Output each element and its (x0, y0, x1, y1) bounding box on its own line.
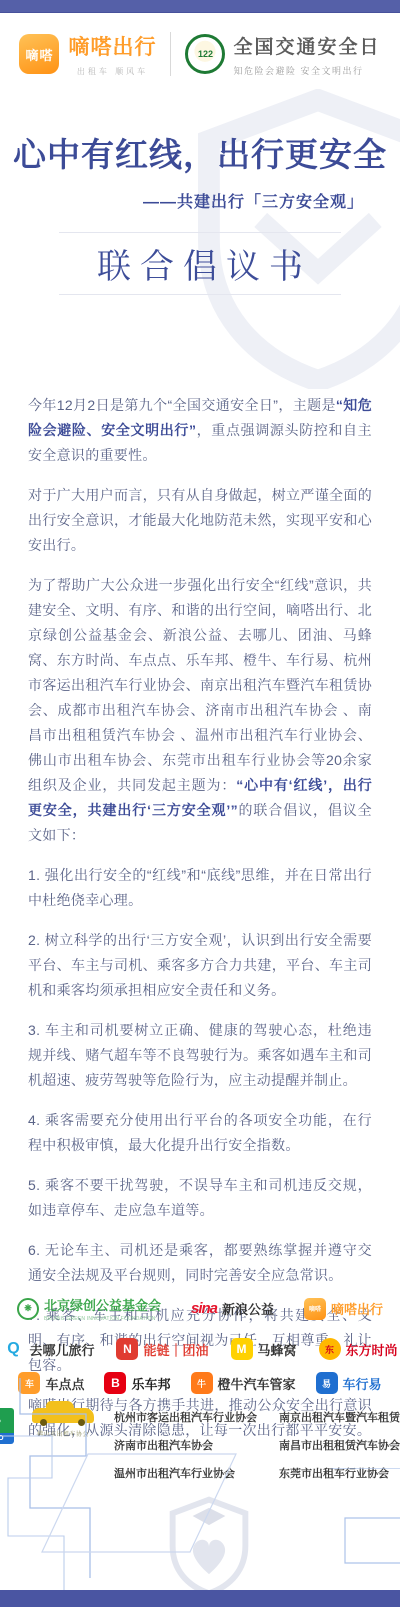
top-accent-bar (0, 0, 400, 13)
partner-dongfang-shishang: 东东方时尚 (319, 1338, 398, 1360)
beijing-green-foundation-icon: ❋ (17, 1298, 39, 1320)
joint-initiative-poster: 嘀嗒 嘀嗒出行 出租车 顺风车 122 全国交通安全日 知危险会避险 安全文明出… (0, 0, 400, 1607)
tree-icon: ♣ (0, 1408, 14, 1433)
sina-gongyi-icon: sina (191, 1298, 217, 1320)
chengniu-car-butler-icon: 牛 (191, 1372, 213, 1394)
association-name: 济南市出租汽车协会 (114, 1437, 257, 1453)
dida-chuxing-icon: 嘀嗒 (304, 1298, 326, 1320)
association-name: 南京出租汽车暨汽车租赁协会 (279, 1409, 400, 1425)
partner-row-1: ❋北京绿创公益基金会BEIJING GREEN INNOVATION FOUND… (0, 1295, 400, 1322)
nenglian-tuanyou-label: 能链｜团油 (143, 1340, 208, 1359)
partner-chexingyi: 易车行易 (316, 1372, 382, 1394)
chediandian-label: 车点点 (45, 1374, 84, 1393)
safety-day-title: 全国交通安全日 (233, 32, 380, 59)
association-name: 杭州市客运出租汽车行业协会 (114, 1409, 257, 1425)
lechebang-icon: B (104, 1372, 126, 1394)
body-paragraph: 6. 无论车主、司机还是乘客，都要熟练掌握并遵守交通安全法规及平台规则，同时完善… (28, 1238, 372, 1288)
partner-chediandian: 车车点点 (18, 1372, 84, 1394)
sina-gongyi-label: 新浪公益 (222, 1299, 274, 1318)
chexingyi-label: 车行易 (343, 1374, 382, 1393)
qunar-travel-label: 去哪儿旅行 (29, 1340, 94, 1359)
heart-shield-icon (163, 1496, 255, 1596)
divider-bottom (59, 294, 341, 295)
taxi-icon (32, 1408, 94, 1423)
chexingyi-icon: 易 (316, 1372, 338, 1394)
body-paragraph: 为了帮助广大公众进一步强化出行安全“红线”意识，共建安全、文明、有序、和谐的出行… (28, 573, 372, 848)
safety-day-tagline: 知危险会避险 安全文明出行 (233, 64, 380, 77)
partner-qunar-travel: Q去哪儿旅行 (2, 1338, 94, 1360)
partner-dida-chuxing: 嘀嗒嘀嗒出行 (304, 1298, 383, 1320)
qunar-travel-icon: Q (2, 1338, 24, 1360)
association-name: 南昌市出租租赁汽车协会 (279, 1437, 400, 1453)
body-paragraph: 3. 车主和司机要树立正确、健康的驾驶心态，杜绝违规并线、赌气超车等不良驾驶行为… (28, 1018, 372, 1093)
divider-top (59, 232, 341, 233)
body-paragraph: 2. 树立科学的出行‘三方安全观’，认识到出行安全需要平台、车主与司机、乘客多方… (28, 928, 372, 1003)
hero-section: 心中有红线，出行更安全 ——共建出行「三方安全观」 联合倡议书 (0, 95, 400, 295)
dida-brand-block: 嘀嗒 嘀嗒出行 出租车 顺风车 (19, 31, 156, 77)
nenglian-tuanyou-icon: N (116, 1338, 138, 1360)
chengniu-car-butler-label: 橙牛汽车管家 (218, 1374, 296, 1393)
safety-badge-text: 122 (198, 49, 213, 59)
dongfang-shishang-icon: 东 (319, 1338, 341, 1360)
partner-nenglian-tuanyou: N能链｜团油 (116, 1338, 208, 1360)
partner-chengniu-car-butler: 牛橙牛汽车管家 (191, 1372, 296, 1394)
partner-lechebang: B乐车邦 (104, 1372, 170, 1394)
lechebang-label: 乐车邦 (131, 1374, 170, 1393)
chengdu-logo-letters: C D (0, 1433, 14, 1444)
header-divider (170, 32, 171, 76)
body-paragraph: 1. 强化出行安全的“红线”和“底线”思维，并在日常出行中杜绝侥幸心理。 (28, 863, 372, 913)
body-paragraph: 4. 乘客需要充分使用出行平台的各项安全功能，在行程中积极审慎，最大化提升出行安… (28, 1108, 372, 1158)
dida-brand-tagline: 出租车 顺风车 (77, 66, 148, 77)
dida-brand-name: 嘀嗒出行 (68, 31, 156, 61)
body-paragraph: 今年12月2日是第九个“全国交通安全日”，主题是“知危险会避险、安全文明出行”，… (28, 393, 372, 468)
partner-logo-wall: ❋北京绿创公益基金会BEIJING GREEN INNOVATION FOUND… (0, 1295, 400, 1481)
doc-title: 联合倡议书 (0, 239, 400, 288)
initiative-body: 今年12月2日是第九个“全国交通安全日”，主题是“知危险会避险、安全文明出行”，… (28, 393, 372, 1443)
dida-app-icon: 嘀嗒 (19, 34, 59, 74)
chediandian-icon: 车 (18, 1372, 40, 1394)
dida-app-icon-text: 嘀嗒 (25, 45, 53, 64)
mafengwo-icon: M (231, 1338, 253, 1360)
partner-row-3: 车车点点B乐车邦牛橙牛汽车管家易车行易 (0, 1372, 400, 1394)
bottom-accent-bar (0, 1590, 400, 1607)
mafengwo-label: 马蜂窝 (258, 1340, 297, 1359)
partner-beijing-green-foundation: ❋北京绿创公益基金会BEIJING GREEN INNOVATION FOUND… (17, 1295, 161, 1322)
poster-subtitle: ——共建出行「三方安全观」 (0, 189, 400, 212)
traffic-safety-day-block: 122 全国交通安全日 知危险会避险 安全文明出行 (185, 32, 380, 77)
traffic-safety-day-badge-icon: 122 (185, 34, 225, 74)
beijing-green-foundation-sub: BEIJING GREEN INNOVATION FOUNDATION (44, 1316, 161, 1322)
geometric-right-decoration (303, 1468, 400, 1593)
partner-mafengwo: M马蜂窝 (231, 1338, 297, 1360)
dida-chuxing-label: 嘀嗒出行 (331, 1299, 383, 1318)
association-name: 温州市出租汽车行业协会 (114, 1465, 257, 1481)
doc-title-block: 联合倡议书 (0, 232, 400, 295)
brand-header: 嘀嗒 嘀嗒出行 出租车 顺风车 122 全国交通安全日 知危险会避险 安全文明出… (0, 13, 400, 95)
partner-row-2: Q去哪儿旅行N能链｜团油M马蜂窝东东方时尚 (0, 1338, 400, 1360)
poster-title: 心中有红线，出行更安全 (0, 129, 400, 176)
foshan-taxi-association-logo: 佛山市出租车协会 (28, 1408, 98, 1438)
beijing-green-foundation-label: 北京绿创公益基金会 (44, 1295, 161, 1314)
foshan-association-label: 佛山市出租车协会 (37, 1429, 89, 1438)
body-paragraph: 对于广大用户而言，只有从自身做起，树立严谨全面的出行安全意识，才能最大化地防范未… (28, 483, 372, 558)
body-paragraph: 5. 乘客不要干扰驾驶，不误导车主和司机违反交规，如违章停车、走应急车道等。 (28, 1173, 372, 1223)
chengdu-taxi-association-logo: ♣ C D (0, 1408, 14, 1444)
association-block: ♣ C D 佛山市出租车协会 杭州市客运出租汽车行业协会南京出租汽车暨汽车租赁协… (0, 1406, 400, 1481)
association-name: 东莞市出租车行业协会 (279, 1465, 400, 1481)
association-name-grid: 杭州市客运出租汽车行业协会南京出租汽车暨汽车租赁协会济南市出租汽车协会南昌市出租… (114, 1406, 400, 1481)
partner-sina-gongyi: sina新浪公益 (191, 1298, 274, 1320)
dongfang-shishang-label: 东方时尚 (346, 1340, 398, 1359)
